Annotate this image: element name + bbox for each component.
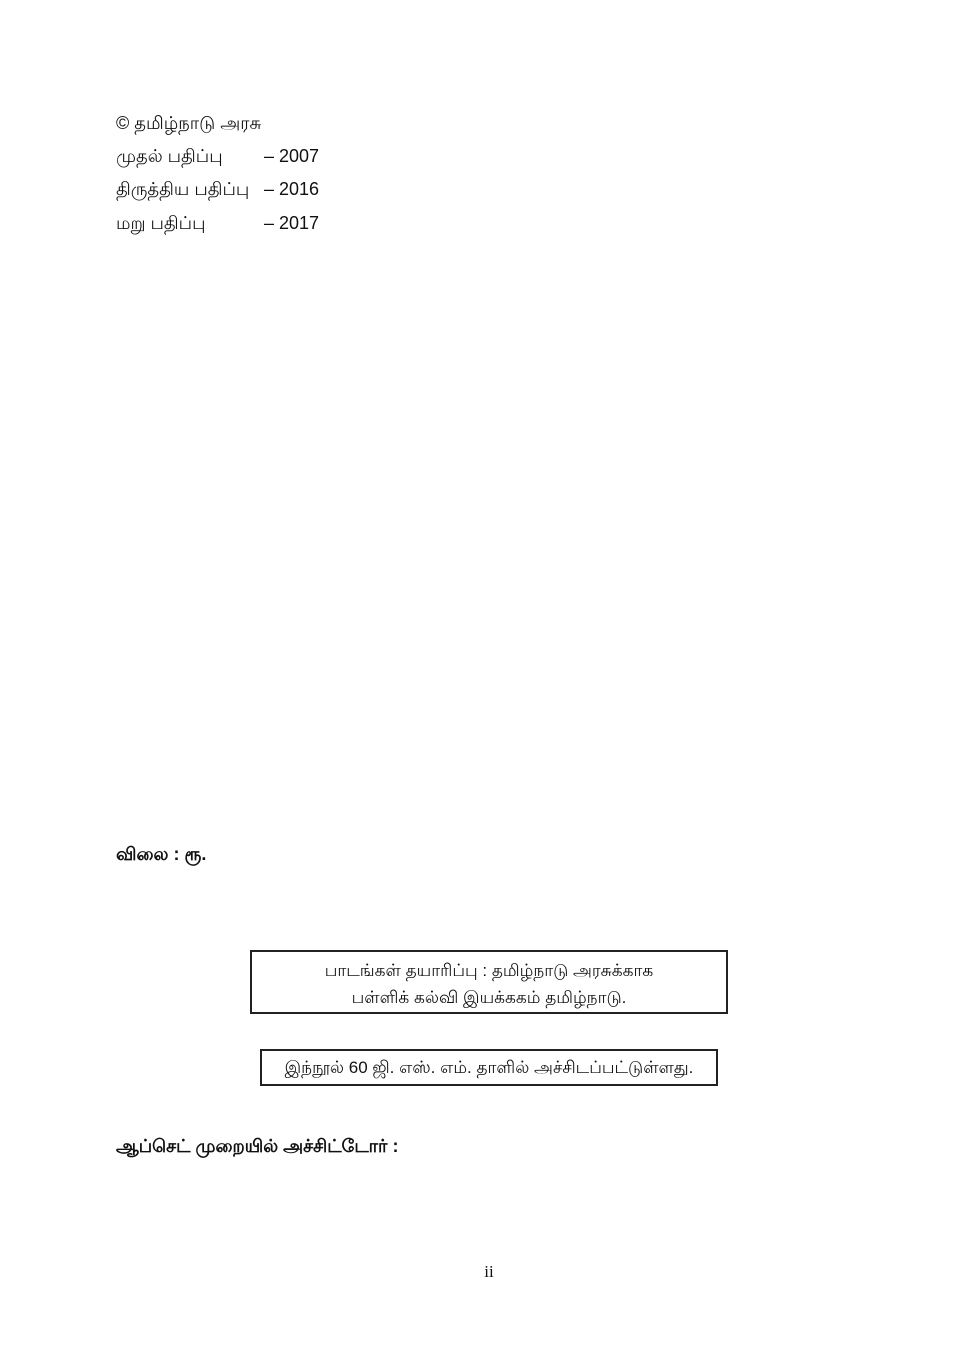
copyright-holder: தமிழ்நாடு அரசு <box>134 113 261 133</box>
preparation-line-2: பள்ளிக் கல்வி இயக்ககம் தமிழ்நாடு. <box>252 984 726 1011</box>
preparation-box: பாடங்கள் தயாரிப்பு : தமிழ்நாடு அரசுக்காக… <box>250 950 728 1014</box>
edition-label-first: முதல் பதிப்பு <box>116 145 223 167</box>
edition-year-reprint: – 2017 <box>264 212 319 234</box>
page-number: ii <box>0 1262 978 1282</box>
printer-label: ஆப்செட் முறையில் அச்சிட்டோர் : <box>116 1135 398 1157</box>
preparation-line-1: பாடங்கள் தயாரிப்பு : தமிழ்நாடு அரசுக்காக <box>252 957 726 984</box>
edition-year-first: – 2007 <box>264 145 319 167</box>
copyright-line: © தமிழ்நாடு அரசு <box>116 112 261 134</box>
paper-info-box: இந்நூல் 60 ஜி. எஸ். எம். தாளில் அச்சிடப்… <box>260 1049 718 1086</box>
edition-year-revised: – 2016 <box>264 178 319 200</box>
copyright-symbol: © <box>116 113 129 133</box>
edition-label-reprint: மறு பதிப்பு <box>116 212 205 234</box>
edition-label-revised: திருத்திய பதிப்பு <box>116 178 249 200</box>
price-label: விலை : ரூ. <box>116 843 206 865</box>
paper-info-text: இந்நூல் 60 ஜி. எஸ். எம். தாளில் அச்சிடப்… <box>285 1058 694 1077</box>
